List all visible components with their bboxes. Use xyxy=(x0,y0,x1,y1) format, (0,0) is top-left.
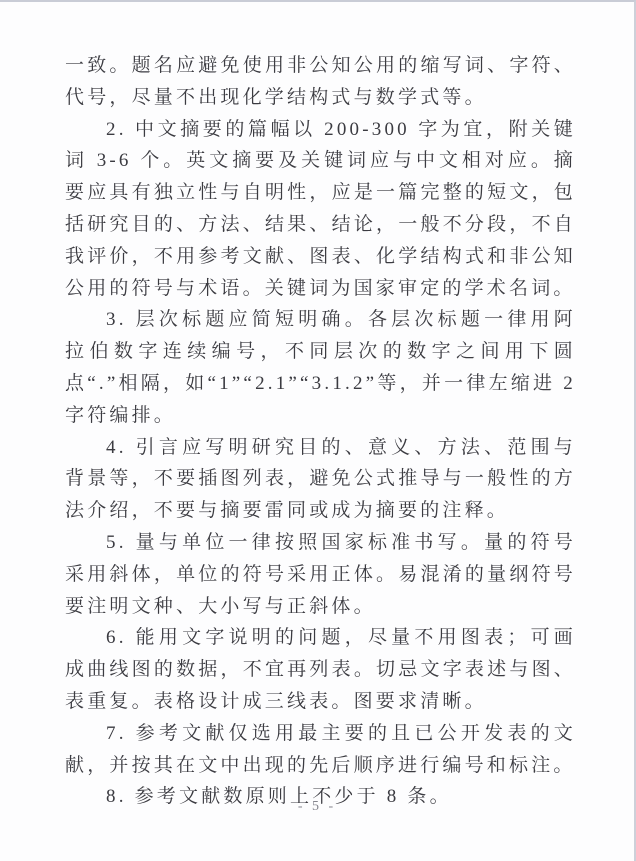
paragraph-continuation: 一致。题名应避免使用非公知公用的缩写词、字符、代号，尽量不出现化学结构式与数学式… xyxy=(65,50,576,114)
paragraph-item-7: 7. 参考文献仅选用最主要的且已公开发表的文献，并按其在文中出现的先后顺序进行编… xyxy=(65,718,576,782)
paragraph-item-5: 5. 量与单位一律按照国家标准书写。量的符号采用斜体，单位的符号采用正体。易混淆… xyxy=(65,527,576,622)
page-body-text: 一致。题名应避免使用非公知公用的缩写词、字符、代号，尽量不出现化学结构式与数学式… xyxy=(65,50,576,813)
page-footer: - 5 - xyxy=(0,797,634,817)
document-page: 一致。题名应避免使用非公知公用的缩写词、字符、代号，尽量不出现化学结构式与数学式… xyxy=(0,0,636,861)
page-number: - 5 - xyxy=(298,799,336,814)
paragraph-item-3: 3. 层次标题应简短明确。各层次标题一律用阿拉伯数字连续编号，不同层次的数字之间… xyxy=(65,304,576,431)
paragraph-item-6: 6. 能用文字说明的问题，尽量不用图表；可画成曲线图的数据，不宜再列表。切忌文字… xyxy=(65,622,576,717)
paragraph-item-2: 2. 中文摘要的篇幅以 200-300 字为宜，附关键词 3-6 个。英文摘要及… xyxy=(65,114,576,305)
paragraph-item-4: 4. 引言应写明研究目的、意义、方法、范围与背景等，不要插图列表，避免公式推导与… xyxy=(65,432,576,527)
